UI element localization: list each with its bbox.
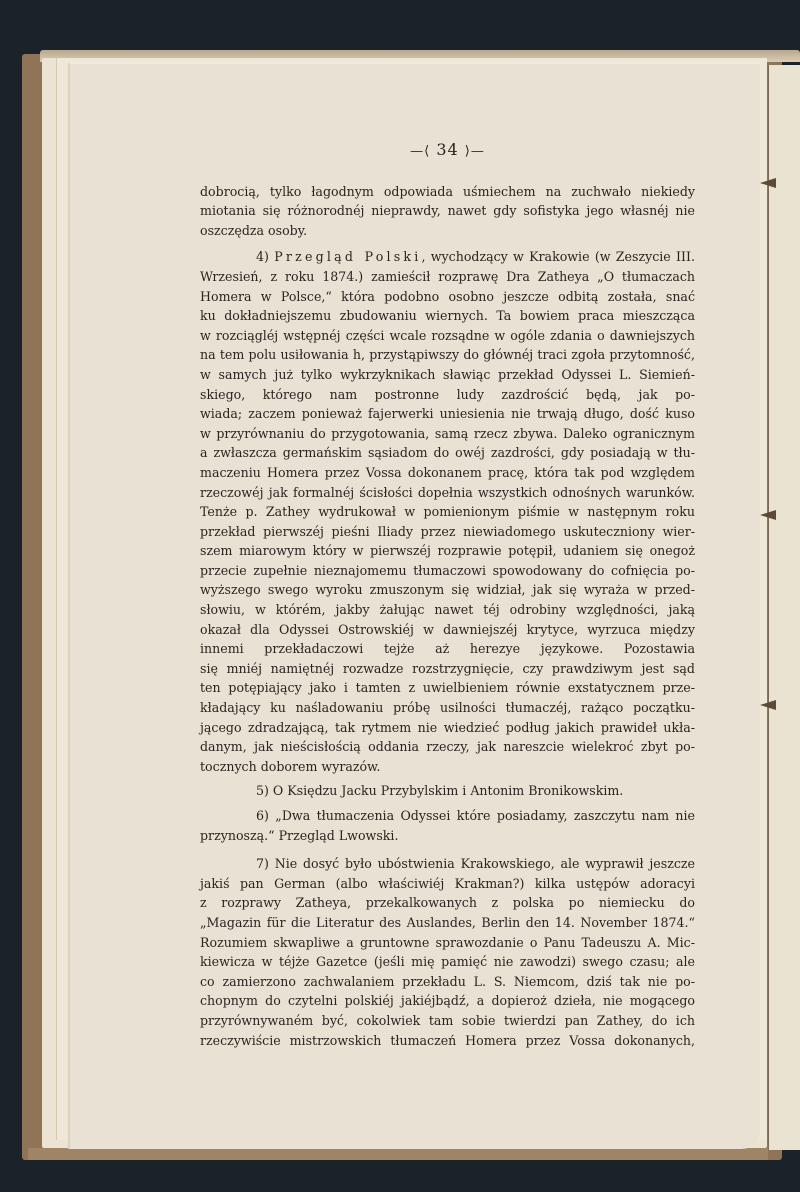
paragraph-6: 6) „Dwa tłumaczenia Odyssei które posiad… bbox=[200, 806, 695, 845]
text-line: okazał dla Odyssei Ostrowskiéj w dawniej… bbox=[200, 620, 695, 640]
text-line: oszczędza osoby. bbox=[200, 221, 695, 241]
text-line: miotania się różnorodnéj nieprawdy, nawe… bbox=[200, 201, 695, 221]
paragraph-7: 7) Nie dosyć było ubóstwienia Krakowskie… bbox=[200, 854, 695, 1050]
text-line: przynoszą.“ Przegląd Lwowski. bbox=[200, 826, 695, 846]
facing-page-edge bbox=[768, 65, 800, 1150]
text-line: chopnym do czytelni polskiéj jakiéjbądź,… bbox=[200, 991, 695, 1011]
text-line: 5) O Księdzu Jacku Przybylskim i Antonim… bbox=[200, 781, 695, 801]
text-line: 6) „Dwa tłumaczenia Odyssei które posiad… bbox=[200, 806, 695, 826]
text-line: kiewicza w téjże Gazetce (jeśli mię pami… bbox=[200, 952, 695, 972]
text-line: Tenże p. Zathey wydrukował w pomienionym… bbox=[200, 502, 695, 522]
ornament-right: ⟩— bbox=[465, 144, 485, 159]
text-line: z rozprawy Zatheya, przekalkowanych z po… bbox=[200, 893, 695, 913]
text-line: rzeczywiście mistrzowskich tłumaczeń Hom… bbox=[200, 1031, 695, 1051]
text-line: kładający ku naśladowaniu próbę usilnośc… bbox=[200, 698, 695, 718]
text-line: się mniéj namiętnéj rozwadze rozstrzygni… bbox=[200, 659, 695, 679]
text-line: innemi przekładaczowi tejże aż herezye j… bbox=[200, 639, 695, 659]
text-line: jącego zdradzającą, tak rytmem nie wiedz… bbox=[200, 718, 695, 738]
text-line: rzeczowéj jak formalnéj ścisłości dopełn… bbox=[200, 483, 695, 503]
text-line: przekład pierwszéj pieśni Iliady przez n… bbox=[200, 522, 695, 542]
paragraph-4: 4) Przegląd Polski, wychodzący w Krakowi… bbox=[200, 247, 695, 776]
text-line: wyższego swego wyroku zmuszonym się widz… bbox=[200, 580, 695, 600]
text-line: dobrocią, tylko łagodnym odpowiada uśmie… bbox=[200, 182, 695, 202]
text-line: w samych już tylko wykrzyknikach sławiąc… bbox=[200, 365, 695, 385]
text-line: jakiś pan German (albo właściwiéj Krakma… bbox=[200, 874, 695, 894]
paragraph-continued: dobrocią, tylko łagodnym odpowiada uśmie… bbox=[200, 182, 695, 241]
text-line: ten potępiający jako i tamten z uwielbie… bbox=[200, 678, 695, 698]
text-line: co zamierzono zachwalaniem przekładu L. … bbox=[200, 972, 695, 992]
page-number-header: —⟨ 34 ⟩— bbox=[200, 140, 695, 162]
text-line: w przyrównaniu do przygotowania, samą rz… bbox=[200, 424, 695, 444]
text-line: 4) Przegląd Polski, wychodzący w Krakowi… bbox=[200, 247, 695, 267]
text-line: skiego, którego nam postronne ludy zazdr… bbox=[200, 385, 695, 405]
item-number: 4) bbox=[256, 249, 269, 264]
page-number: 34 bbox=[436, 140, 458, 159]
text-line: 7) Nie dosyć było ubóstwienia Krakowskie… bbox=[200, 854, 695, 874]
text-line: „Magazin für die Literatur des Auslandes… bbox=[200, 913, 695, 933]
text-line: Homera w Polsce,“ która podobno osobno j… bbox=[200, 287, 695, 307]
text-line: przyrównywaném być, cokolwiek tam sobie … bbox=[200, 1011, 695, 1031]
text-line: wiada; zaczem ponieważ fajerwerki uniesi… bbox=[200, 404, 695, 424]
text-line: słowiu, w którém, jakby żałując nawet té… bbox=[200, 600, 695, 620]
text-line: maczeniu Homera przez Vossa dokonanem pr… bbox=[200, 463, 695, 483]
text-line: a zwłaszcza germańskim sąsiadom do owéj … bbox=[200, 443, 695, 463]
text-line: Wrzesień, z roku 1874.) zamieścił rozpra… bbox=[200, 267, 695, 287]
text-line: w rozciągléj wstępnéj części wcale rozsą… bbox=[200, 326, 695, 346]
text-line: danym, jak nieścisłością oddania rzeczy,… bbox=[200, 737, 695, 757]
text-line: Rozumiem skwapliwe a gruntowne sprawozda… bbox=[200, 933, 695, 953]
paragraph-5: 5) O Księdzu Jacku Przybylskim i Antonim… bbox=[200, 781, 695, 801]
periodical-title: Przegląd Polski bbox=[274, 249, 421, 264]
page-bottom-edge bbox=[28, 1148, 768, 1160]
text-line: przecie zupełnie nieznajomemu tłumaczowi… bbox=[200, 561, 695, 581]
ornament-left: —⟨ bbox=[410, 144, 430, 159]
text-line: na tem polu usiłowania h, przystąpiwszy … bbox=[200, 345, 695, 365]
text-line: szem miarowym który w pierwszéj rozprawi… bbox=[200, 541, 695, 561]
text-line: ku dokładniejszemu zbudowaniu wiernych. … bbox=[200, 306, 695, 326]
page-content: —⟨ 34 ⟩— dobrocią, tylko łagodnym odpowi… bbox=[200, 140, 695, 1050]
text-line: tocznych doborem wyrazów. bbox=[200, 757, 695, 777]
